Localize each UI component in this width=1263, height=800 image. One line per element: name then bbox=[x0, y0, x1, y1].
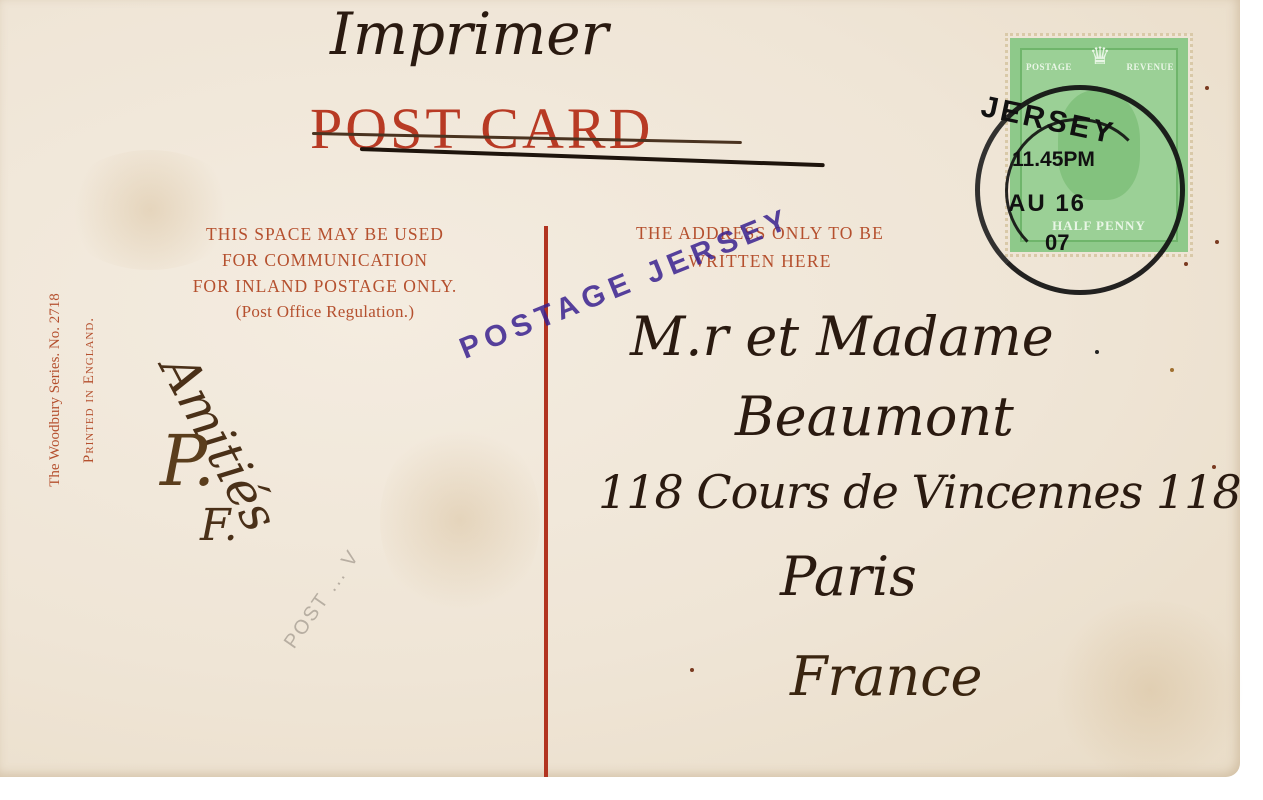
stamp-label-revenue: REVENUE bbox=[1126, 62, 1174, 72]
paper-stain bbox=[1050, 600, 1250, 780]
printed-in: Printed in England. bbox=[72, 225, 106, 555]
address-name: Beaumont bbox=[735, 385, 1014, 448]
pencil-note: POST ... V bbox=[280, 546, 365, 654]
paper-stain bbox=[380, 420, 540, 620]
foxing-spot bbox=[1215, 240, 1219, 244]
publisher-imprint: The Woodbury Series. No. 2718 Printed in… bbox=[38, 225, 106, 555]
postcard-back: Imprimer POST CARD The Woodbury Series. … bbox=[0, 0, 1240, 777]
handwritten-header: Imprimer bbox=[330, 0, 608, 68]
crown-icon: ♛ bbox=[1082, 44, 1118, 70]
address-recipient: M.r et Madame bbox=[630, 305, 1054, 368]
instruction-line: THIS SPACE MAY BE USED bbox=[140, 221, 510, 247]
foxing-spot bbox=[1095, 350, 1099, 354]
address-city: Paris bbox=[780, 545, 917, 608]
message-initial: P. bbox=[160, 420, 215, 502]
address-country: France bbox=[790, 645, 982, 708]
communication-instructions: THIS SPACE MAY BE USED FOR COMMUNICATION… bbox=[140, 221, 510, 325]
foxing-spot bbox=[1170, 368, 1174, 372]
instruction-line: FOR COMMUNICATION bbox=[140, 247, 510, 273]
message-signature: F. bbox=[200, 500, 238, 551]
foxing-spot bbox=[1205, 86, 1209, 90]
instruction-line: (Post Office Regulation.) bbox=[140, 299, 510, 325]
postmark-year: 07 bbox=[1045, 230, 1069, 256]
instruction-line: FOR INLAND POSTAGE ONLY. bbox=[140, 273, 510, 299]
stamp-label-postage: POSTAGE bbox=[1026, 62, 1072, 72]
foxing-spot bbox=[1184, 262, 1188, 266]
postmark-date: AU 16 bbox=[1008, 190, 1086, 218]
foxing-spot bbox=[1212, 465, 1216, 469]
postmark-time: 11.45PM bbox=[1012, 148, 1095, 172]
address-street: 118 Cours de Vincennes 118 bbox=[598, 465, 1241, 519]
series-number: The Woodbury Series. No. 2718 bbox=[38, 225, 72, 555]
foxing-spot bbox=[690, 668, 694, 672]
